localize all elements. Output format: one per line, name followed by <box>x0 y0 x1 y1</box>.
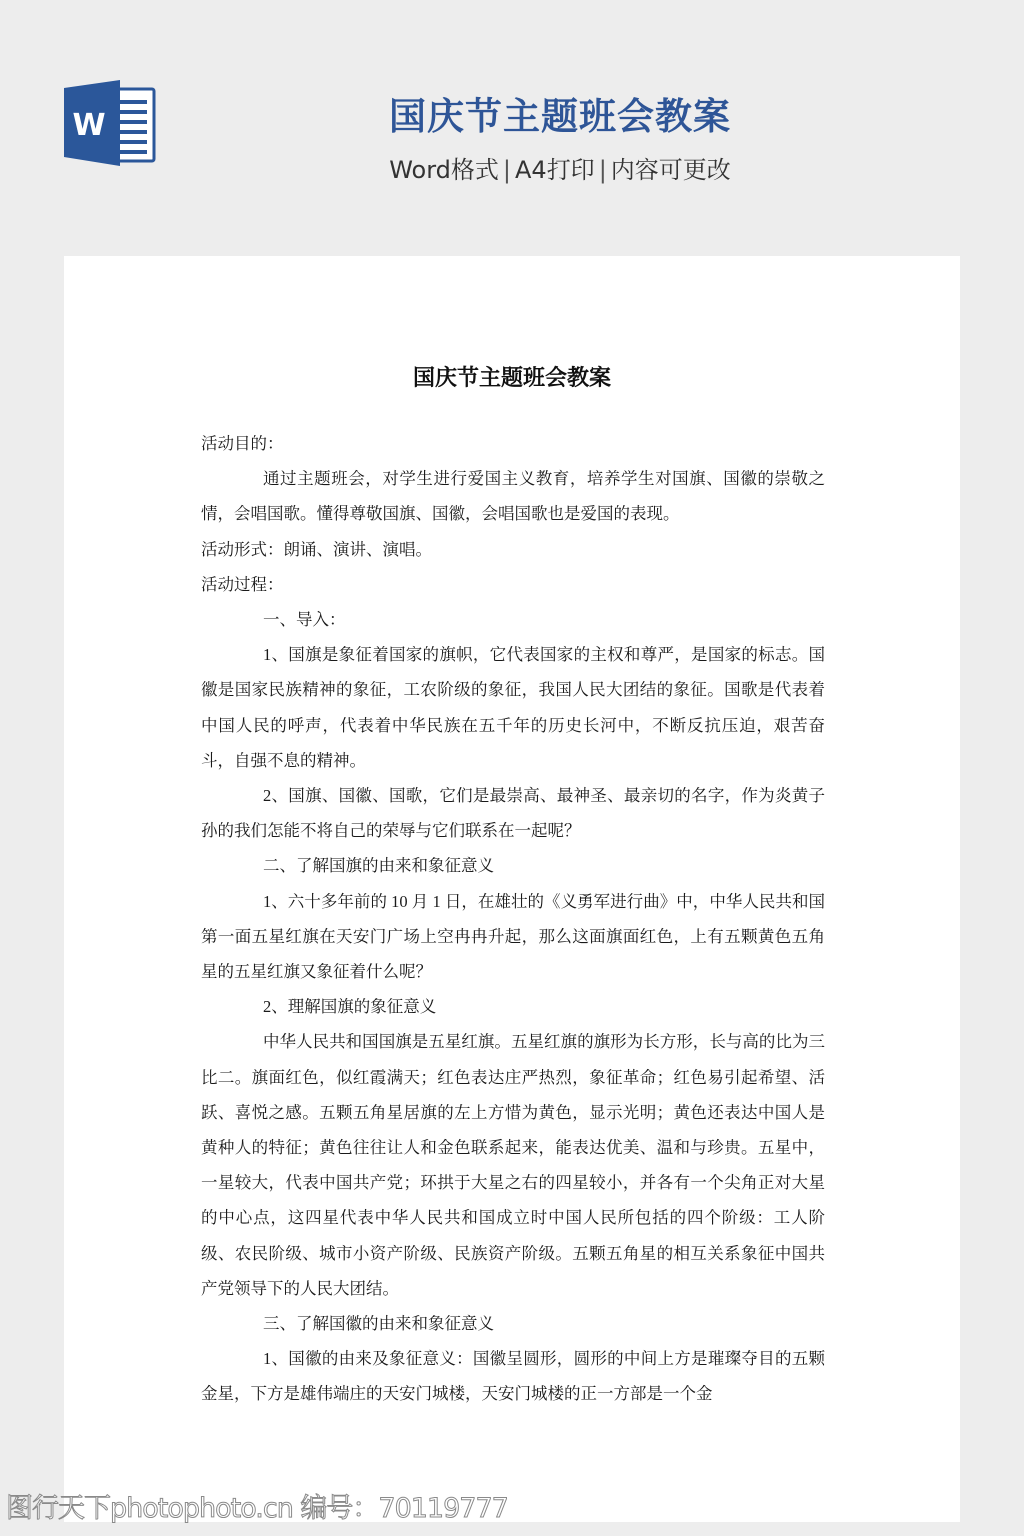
subtitle-print: A4打印 <box>515 156 595 184</box>
paragraph: 1、六十多年前的 10 月 1 日，在雄壮的《义勇军进行曲》中，中华人民共和国第… <box>201 884 825 990</box>
paragraph: 1、国徽的由来及象征意义：国徽呈圆形，圆形的中间上方是璀璨夺目的五颗金星，下方是… <box>201 1341 825 1411</box>
word-document-icon: W <box>64 80 158 166</box>
header-subtitle: Word格式|A4打印|内容可更改 <box>300 152 820 188</box>
watermark: 图行天下photophoto.cn 编号：70119777 <box>6 1492 508 1526</box>
document-body: 活动目的： 通过主题班会，对学生进行爱国主义教育，培养学生对国旗、国徽的崇敬之情… <box>201 426 825 1412</box>
paragraph: 通过主题班会，对学生进行爱国主义教育，培养学生对国旗、国徽的崇敬之情，会唱国歌。… <box>201 461 825 531</box>
section-heading: 三、了解国徽的由来和象征意义 <box>201 1306 825 1341</box>
subtitle-separator: | <box>503 156 511 184</box>
paragraph: 活动形式：朗诵、演讲、演唱。 <box>201 532 825 567</box>
paragraph: 2、国旗、国徽、国歌，它们是最崇高、最神圣、最亲切的名字，作为炎黄子孙的我们怎能… <box>201 778 825 848</box>
paragraph: 中华人民共和国国旗是五星红旗。五星红旗的旗形为长方形，长与高的比为三比二。旗面红… <box>201 1024 825 1306</box>
document-page: 国庆节主题班会教案 活动目的： 通过主题班会，对学生进行爱国主义教育，培养学生对… <box>64 256 960 1522</box>
paragraph: 2、理解国旗的象征意义 <box>201 989 825 1024</box>
svg-text:W: W <box>72 108 105 143</box>
section-heading: 二、了解国旗的由来和象征意义 <box>201 848 825 883</box>
paragraph: 活动过程： <box>201 567 825 602</box>
paragraph: 1、国旗是象征着国家的旗帜，它代表国家的主权和尊严，是国家的标志。国徽是国家民族… <box>201 637 825 778</box>
document-title: 国庆节主题班会教案 <box>64 362 960 396</box>
header-title: 国庆节主题班会教案 <box>300 93 820 141</box>
header-banner: W 国庆节主题班会教案 Word格式|A4打印|内容可更改 <box>0 0 1024 256</box>
subtitle-separator: | <box>599 156 607 184</box>
section-heading: 一、导入： <box>201 602 825 637</box>
subtitle-editable: 内容可更改 <box>611 156 731 184</box>
subtitle-format: Word格式 <box>389 156 499 184</box>
paragraph: 活动目的： <box>201 426 825 461</box>
